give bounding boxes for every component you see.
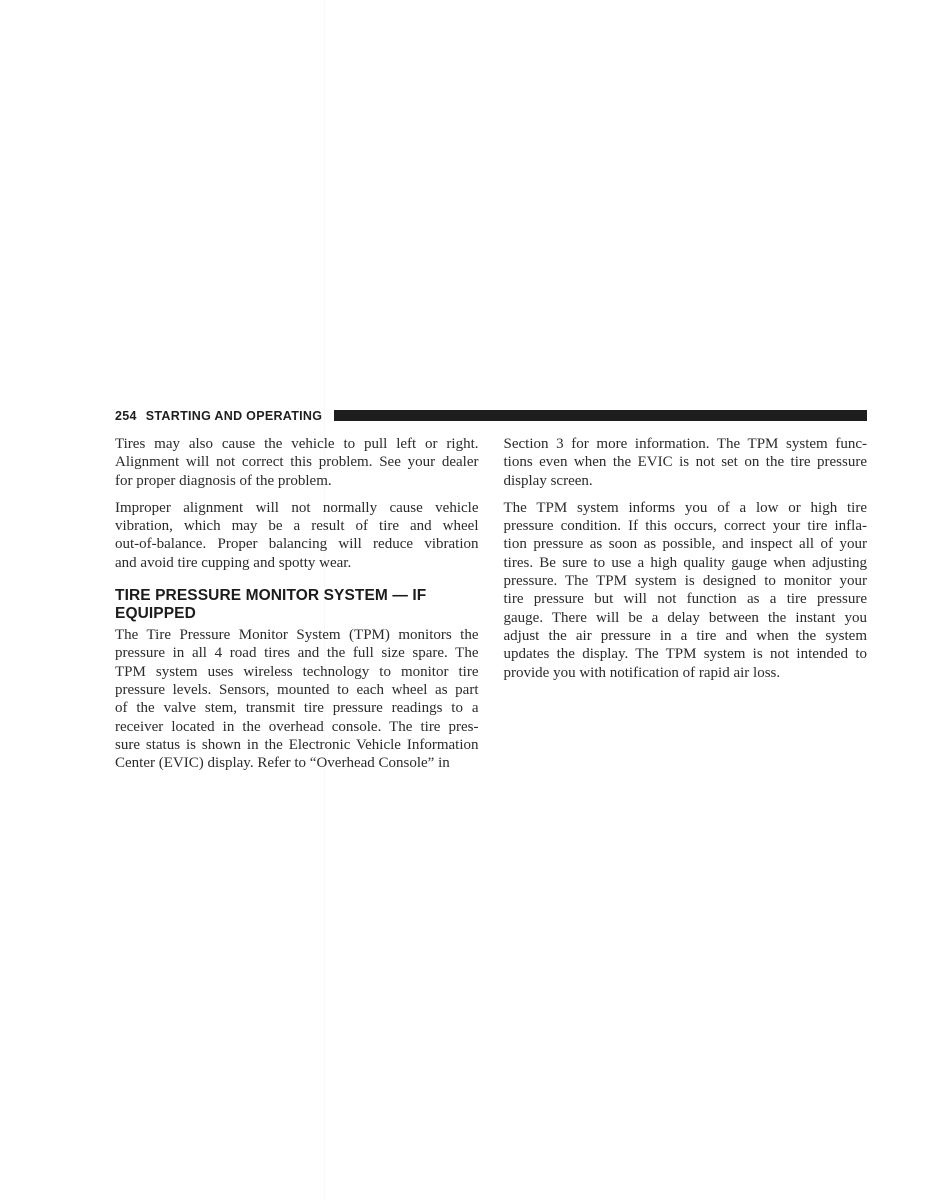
text-line: pressure levels. Sensors, mounted to eac… xyxy=(115,681,479,699)
paragraph: The TPM system informs you of a low or h… xyxy=(504,499,868,682)
text-line: Section 3 for more information. The TPM … xyxy=(504,435,868,453)
right-column: Section 3 for more information. The TPM … xyxy=(504,435,868,781)
section-heading: TIRE PRESSURE MONITOR SYSTEM — IFEQUIPPE… xyxy=(115,587,479,622)
left-column: Tires may also cause the vehicle to pull… xyxy=(115,435,479,781)
text-line: tires. Be sure to use a high quality gau… xyxy=(504,554,868,572)
heading-line: TIRE PRESSURE MONITOR SYSTEM — IF xyxy=(115,587,479,605)
paragraph: The Tire Pressure Monitor System (TPM) m… xyxy=(115,626,479,772)
running-header-title: STARTING AND OPERATING xyxy=(146,409,323,423)
text-line: Center (EVIC) display. Refer to “Overhea… xyxy=(115,754,479,772)
text-line: display screen. xyxy=(504,472,868,490)
text-line: and avoid tire cupping and spotty wear. xyxy=(115,554,479,572)
paragraph: Section 3 for more information. The TPM … xyxy=(504,435,868,490)
text-line: adjust the air pressure in a tire and wh… xyxy=(504,627,868,645)
text-line: provide you with notification of rapid a… xyxy=(504,664,868,682)
text-line: Improper alignment will not normally cau… xyxy=(115,499,479,517)
paragraph: Improper alignment will not normally cau… xyxy=(115,499,479,572)
header-rule-bar xyxy=(334,410,867,421)
text-line: The Tire Pressure Monitor System (TPM) m… xyxy=(115,626,479,644)
running-header: 254 STARTING AND OPERATING xyxy=(115,409,867,422)
heading-line: EQUIPPED xyxy=(115,605,479,623)
text-line: vibration, which may be a result of tire… xyxy=(115,517,479,535)
text-line: Alignment will not correct this problem.… xyxy=(115,453,479,471)
paragraph: Tires may also cause the vehicle to pull… xyxy=(115,435,479,490)
text-line: TPM system uses wireless technology to m… xyxy=(115,663,479,681)
text-line: tire pressure but will not function as a… xyxy=(504,590,868,608)
text-line: of the valve stem, transmit tire pressur… xyxy=(115,699,479,717)
text-columns: Tires may also cause the vehicle to pull… xyxy=(115,435,867,781)
text-line: Tires may also cause the vehicle to pull… xyxy=(115,435,479,453)
text-line: pressure. The TPM system is designed to … xyxy=(504,572,868,590)
text-line: tions even when the EVIC is not set on t… xyxy=(504,453,868,471)
text-line: out-of-balance. Proper balancing will re… xyxy=(115,535,479,553)
text-line: for proper diagnosis of the problem. xyxy=(115,472,479,490)
page-number: 254 xyxy=(115,409,137,423)
text-line: sure status is shown in the Electronic V… xyxy=(115,736,479,754)
text-line: The TPM system informs you of a low or h… xyxy=(504,499,868,517)
manual-page: 254 STARTING AND OPERATING Tires may als… xyxy=(0,0,927,1200)
page-content: 254 STARTING AND OPERATING Tires may als… xyxy=(115,409,867,781)
text-line: updates the display. The TPM system is n… xyxy=(504,645,868,663)
text-line: pressure condition. If this occurs, corr… xyxy=(504,517,868,535)
text-line: tion pressure as soon as possible, and i… xyxy=(504,535,868,553)
text-line: receiver located in the overhead console… xyxy=(115,718,479,736)
text-line: pressure in all 4 road tires and the ful… xyxy=(115,644,479,662)
text-line: gauge. There will be a delay between the… xyxy=(504,609,868,627)
